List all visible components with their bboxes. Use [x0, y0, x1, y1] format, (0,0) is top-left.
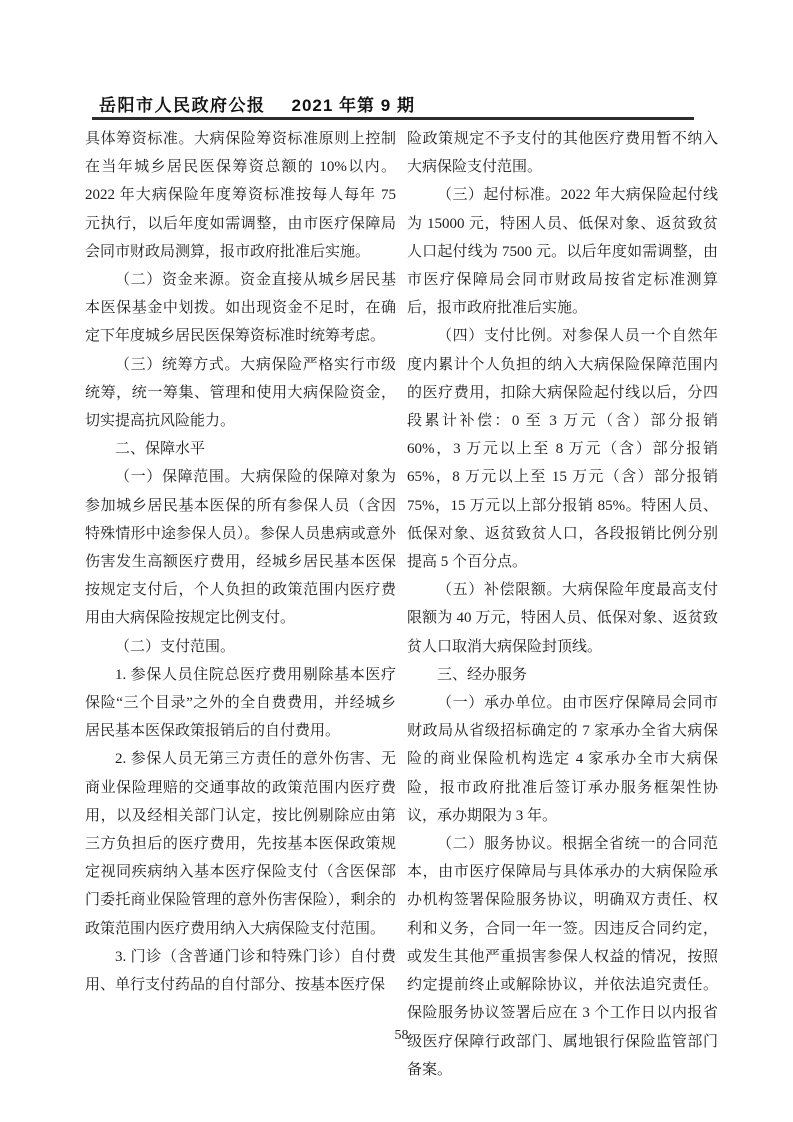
- right-column: 险政策规定不予支付的其他医疗费用暂不纳入大病保险支付范围。 （三）起付标准。20…: [407, 125, 718, 1084]
- paragraph: （三）起付标准。2022 年大病保险起付线为 15000 元，特困人员、低保对象…: [407, 181, 718, 322]
- paragraph: （二）支付范围。: [85, 633, 396, 661]
- paragraph-continuation: 具体筹资标准。大病保险筹资标准原则上控制在当年城乡居民医保筹资总额的 10%以内…: [85, 125, 396, 266]
- paragraph-continuation: 险政策规定不予支付的其他医疗费用暂不纳入大病保险支付范围。: [407, 125, 718, 181]
- section-heading: 二、保障水平: [85, 435, 396, 463]
- paragraph: （三）统筹方式。大病保险严格实行市级统筹，统一筹集、管理和使用大病保险资金，切实…: [85, 351, 396, 436]
- gazette-page: 岳阳市人民政府公报2021 年第 9 期 具体筹资标准。大病保险筹资标准原则上控…: [0, 0, 793, 1122]
- page-header: 岳阳市人民政府公报2021 年第 9 期: [99, 91, 415, 116]
- paragraph: （五）补偿限额。大病保险年度最高支付限额为 40 万元，特困人员、低保对象、返贫…: [407, 576, 718, 661]
- paragraph: （一）保障范围。大病保险的保障对象为参加城乡居民基本医保的所有参保人员（含因特殊…: [85, 463, 396, 632]
- paragraph: （一）承办单位。由市医疗保障局会同市财政局从省级招标确定的 7 家承办全省大病保…: [407, 689, 718, 830]
- paragraph: 1. 参保人员住院总医疗费用剔除基本医疗保险“三个目录”之外的全自费费用，并经城…: [85, 661, 396, 746]
- text-columns: 具体筹资标准。大病保险筹资标准原则上控制在当年城乡居民医保筹资总额的 10%以内…: [85, 125, 718, 1084]
- paragraph: （四）支付比例。对参保人员一个自然年度内累计个人负担的纳入大病保险保障范围内的医…: [407, 322, 718, 576]
- page-number: 58: [85, 1028, 718, 1044]
- paragraph: （二）服务协议。根据全省统一的合同范本，由市医疗保障局与具体承办的大病保险承办机…: [407, 830, 718, 1084]
- paragraph: （二）资金来源。资金直接从城乡居民基本医保基金中划拨。如出现资金不足时，在确定下…: [85, 266, 396, 351]
- paragraph: 2. 参保人员无第三方责任的意外伤害、无商业保险理赔的交通事故的政策范围内医疗费…: [85, 745, 396, 942]
- left-column: 具体筹资标准。大病保险筹资标准原则上控制在当年城乡居民医保筹资总额的 10%以内…: [85, 125, 396, 1084]
- gazette-title: 岳阳市人民政府公报: [99, 96, 266, 115]
- header-rule-divider: [92, 117, 694, 120]
- issue-number: 2021 年第 9 期: [292, 96, 415, 115]
- paragraph: 3. 门诊（含普通门诊和特殊门诊）自付费用、单行支付药品的自付部分、按基本医疗保: [85, 943, 396, 999]
- section-heading: 三、经办服务: [407, 661, 718, 689]
